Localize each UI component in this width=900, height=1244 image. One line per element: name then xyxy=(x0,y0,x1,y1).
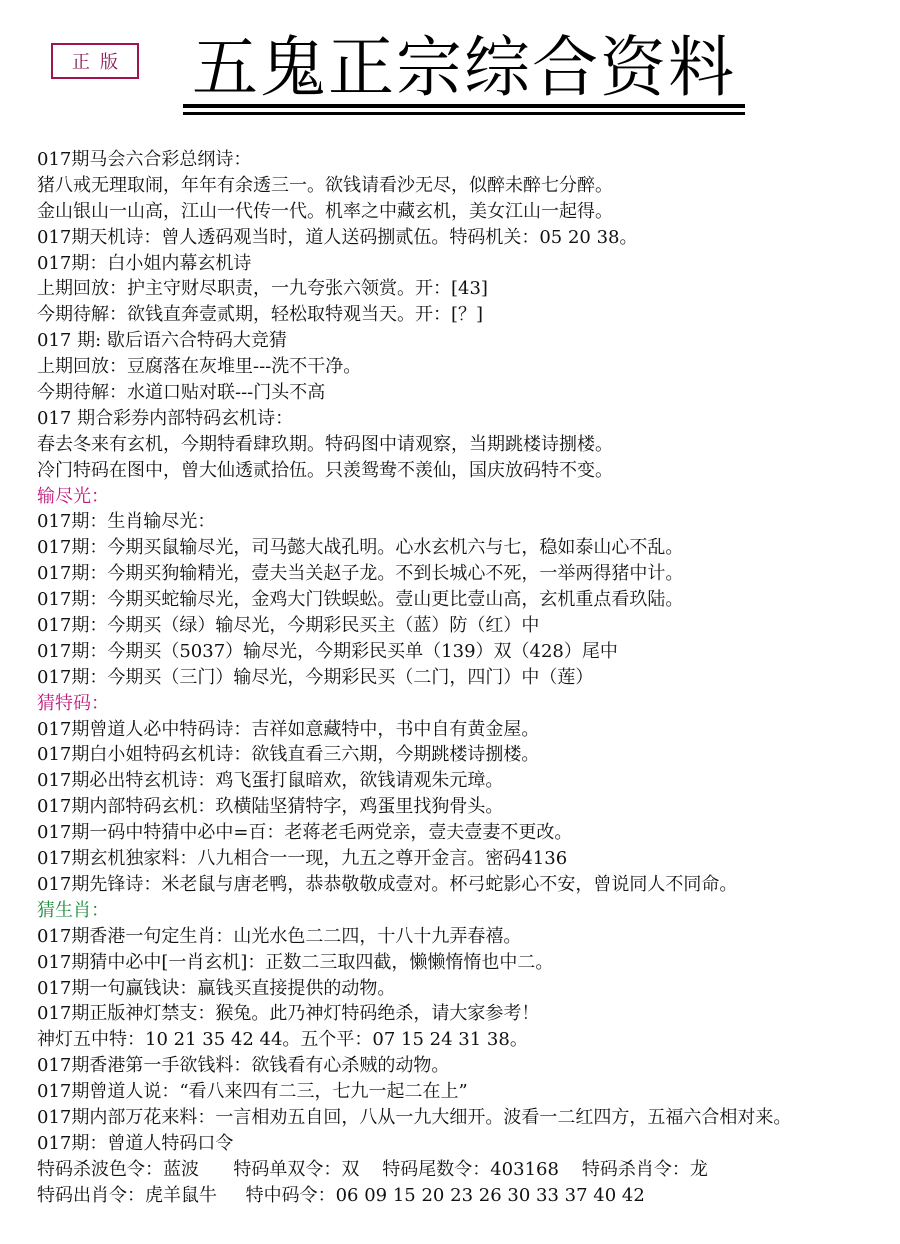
text-line: 017 期合彩券内部特码玄机诗： xyxy=(37,406,890,432)
page-title: 五鬼正宗综合资料 xyxy=(183,30,745,106)
section-heading-guess-zodiac: 猜生肖： xyxy=(37,898,890,924)
text-line: 017期：白小姐内幕玄机诗 xyxy=(37,251,890,277)
text-line: 017期：今期买（5037）输尽光，今期彩民买单（139）双（428）尾中 xyxy=(37,639,890,665)
text-line: 017期曾道人说：“看八来四有二三，七九一起二在上” xyxy=(37,1079,890,1105)
text-line: 冷门特码在图中，曾大仙透贰拾伍。只羡鸳鸯不羡仙，国庆放码特不变。 xyxy=(37,458,890,484)
text-line: 017期香港一句定生肖：山光水色二二四，十八十九弄春禧。 xyxy=(37,924,890,950)
text-line: 017期：今期买狗输精光，壹夫当关赵子龙。不到长城心不死，一举两得猪中计。 xyxy=(37,561,890,587)
text-line: 春去冬来有玄机，今期特看肆玖期。特码图中请观察，当期跳楼诗捌楼。 xyxy=(37,432,890,458)
badge-label: 正版 xyxy=(72,48,128,74)
text-line: 017期：今期买蛇输尽光，金鸡大门铁蜈蚣。壹山更比壹山高，玄机重点看玖陆。 xyxy=(37,587,890,613)
text-line: 今期待解：欲钱直奔壹贰期，轻松取特观当天。开：[？] xyxy=(37,302,890,328)
text-line: 017期内部特码玄机：玖横陆坚猜特字，鸡蛋里找狗骨头。 xyxy=(37,794,890,820)
text-line: 猪八戒无理取闹，年年有余透三一。欲钱请看沙无尽，似醉未醉七分醉。 xyxy=(37,173,890,199)
text-line: 017期白小姐特码玄机诗：欲钱直看三六期，今期跳楼诗捌楼。 xyxy=(37,742,890,768)
document-body: 017期马会六合彩总纲诗： 猪八戒无理取闹，年年有余透三一。欲钱请看沙无尽，似醉… xyxy=(37,147,890,1209)
text-line: 017期：今期买（绿）输尽光，今期彩民买主（蓝）防（红）中 xyxy=(37,613,890,639)
text-line: 017 期: 歇后语六合特码大竞猜 xyxy=(37,328,890,354)
text-line: 017期曾道人必中特码诗：吉祥如意藏特中，书中自有黄金屋。 xyxy=(37,717,890,743)
text-line: 上期回放：护主守财尽职责，一九夸张六领赏。开：[43] xyxy=(37,276,890,302)
section-heading-guess-special: 猜特码： xyxy=(37,691,890,717)
text-line: 017期：今期买鼠输尽光，司马懿大战孔明。心水玄机六与七，稳如泰山心不乱。 xyxy=(37,535,890,561)
text-line: 017期正版神灯禁支：猴兔。此乃神灯特码绝杀，请大家参考！ xyxy=(37,1001,890,1027)
text-line: 017期：曾道人特码口令 xyxy=(37,1131,890,1157)
text-line: 017期内部万花来料：一言相劝五自回，八从一九大细开。波看一二红四方，五福六合相… xyxy=(37,1105,890,1131)
text-line: 017期一句赢钱诀：赢钱买直接提供的动物。 xyxy=(37,976,890,1002)
text-line: 017期一码中特猜中必中=百：老蒋老毛两党亲，壹夫壹妻不更改。 xyxy=(37,820,890,846)
section-heading-shuijinguang: 输尽光： xyxy=(37,484,890,510)
text-line: 今期待解：水道口贴对联---门头不高 xyxy=(37,380,890,406)
text-line: 017期猜中必中[一肖玄机]：正数二三取四截，懒懒惰惰也中二。 xyxy=(37,950,890,976)
text-line: 017期先锋诗：米老鼠与唐老鸭，恭恭敬敬成壹对。杯弓蛇影心不安，曾说同人不同命。 xyxy=(37,872,890,898)
authentic-badge: 正版 xyxy=(51,43,139,79)
text-line: 金山银山一山高，江山一代传一代。机率之中藏玄机，美女江山一起得。 xyxy=(37,199,890,225)
text-line: 特码出肖令：虎羊鼠牛 特中码令：06 09 15 20 23 26 30 33 … xyxy=(37,1183,890,1209)
text-line: 017期玄机独家料：八九相合一一现，九五之尊开金言。密码4136 xyxy=(37,846,890,872)
text-line: 017期天机诗：曾人透码观当时，道人送码捌贰伍。特码机关：05 20 38。 xyxy=(37,225,890,251)
text-line: 017期香港第一手欲钱料：欲钱看有心杀贼的动物。 xyxy=(37,1053,890,1079)
title-underline-thick xyxy=(183,104,745,108)
text-line: 特码杀波色令：蓝波 特码单双令：双 特码尾数令：403168 特码杀肖令：龙 xyxy=(37,1157,890,1183)
text-line: 017期马会六合彩总纲诗： xyxy=(37,147,890,173)
text-line: 上期回放：豆腐落在灰堆里---洗不干净。 xyxy=(37,354,890,380)
text-line: 017期必出特玄机诗：鸡飞蛋打鼠暗欢，欲钱请观朱元璋。 xyxy=(37,768,890,794)
text-line: 017期：生肖输尽光： xyxy=(37,509,890,535)
text-line: 神灯五中特：10 21 35 42 44。五个平：07 15 24 31 38。 xyxy=(37,1027,890,1053)
text-line: 017期：今期买（三门）输尽光，今期彩民买（二门，四门）中（莲） xyxy=(37,665,890,691)
title-underline-thin xyxy=(183,112,745,115)
